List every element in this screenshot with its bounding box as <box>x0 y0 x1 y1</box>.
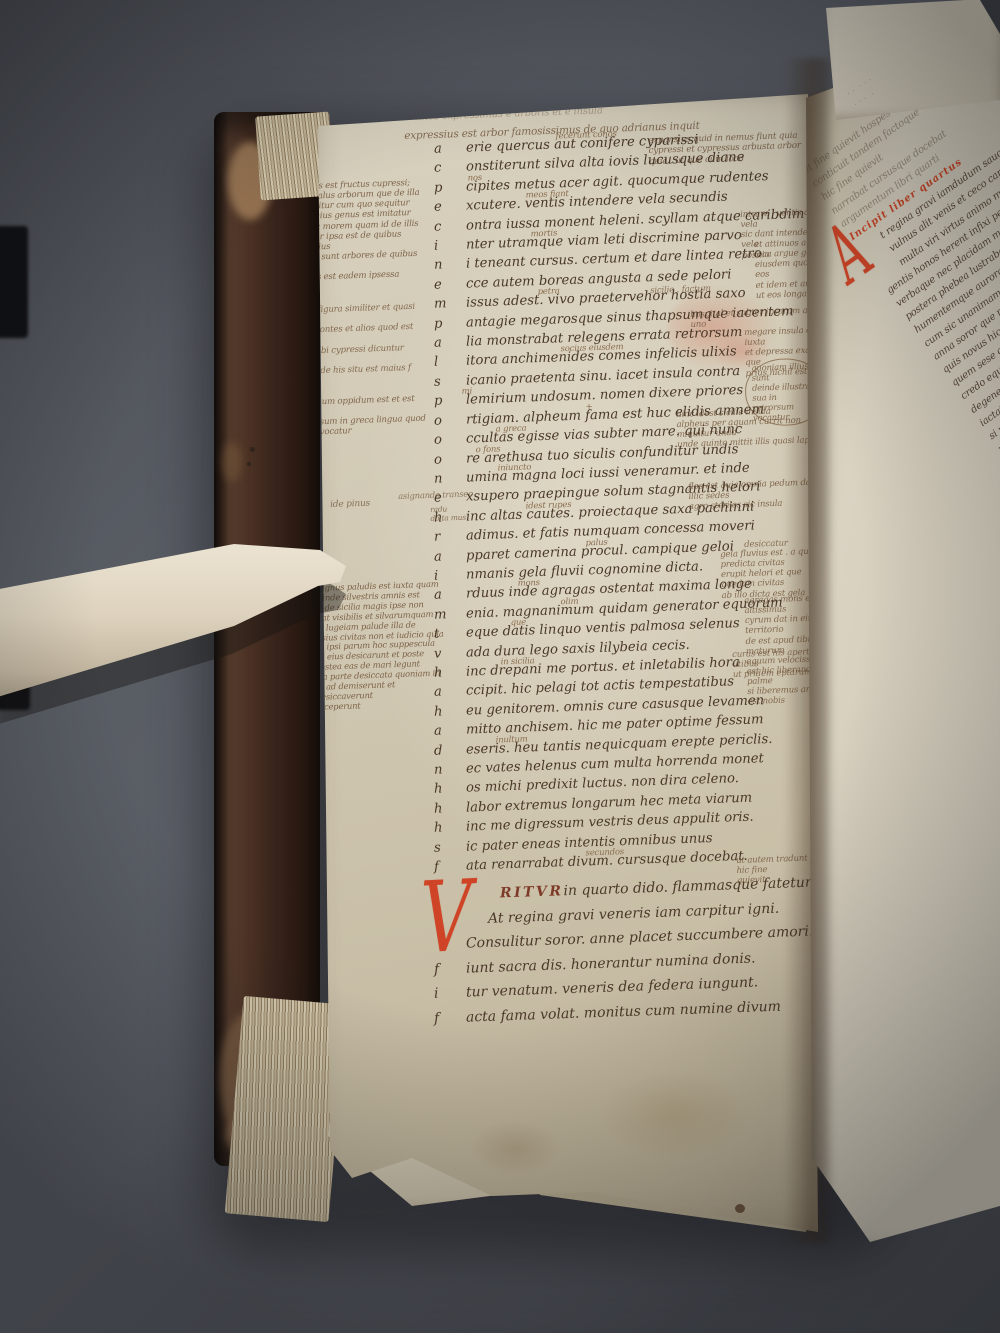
offset-initial-letter: p <box>426 177 467 198</box>
ink-spot <box>735 1204 745 1213</box>
offset-initial-letter: l <box>426 352 467 373</box>
offset-initial-letter: a <box>426 682 467 703</box>
worn-leather-patch <box>222 442 242 482</box>
offset-initial-letter: h <box>426 663 467 684</box>
offset-initial-letter: a <box>426 139 467 160</box>
offset-initial-letter: h <box>426 701 467 722</box>
offset-initial-letter: i <box>426 981 467 1007</box>
interlinear-gloss: in sicilia <box>500 652 535 673</box>
offset-initial-letter: v <box>426 643 467 664</box>
offset-initial-letter: h <box>426 818 467 839</box>
offset-initial-letter: h <box>426 507 467 528</box>
interlinear-gloss: mortis <box>530 224 557 244</box>
offset-initial-letter: a <box>426 333 467 354</box>
offset-initial-letter: f <box>426 1005 467 1031</box>
offset-initial-letter: s <box>426 371 467 392</box>
offset-initial-letter: e <box>426 197 467 218</box>
offset-initial-letter: i <box>426 236 467 257</box>
interlinear-gloss: palus <box>585 533 608 553</box>
interlinear-gloss: socius eiusdem <box>560 339 623 361</box>
gutter-shadow <box>784 58 834 1244</box>
interlinear-gloss: + <box>585 398 593 418</box>
offset-initial-letter: p <box>426 391 467 412</box>
offset-initial-letter: o <box>426 430 467 451</box>
offset-initial-letter: r <box>426 527 467 548</box>
rubricated-capitals: RITVR <box>500 879 564 906</box>
offset-initial-letter <box>448 906 489 932</box>
offset-initial-letter: a <box>426 721 467 742</box>
interlinear-gloss: fecerunt conos <box>555 125 617 147</box>
offset-initial-letter: a <box>426 585 467 606</box>
argumentum-liber-quartus: RITVR in quarto dido. flammasque fatetur… <box>426 884 806 1031</box>
offset-initial-letter: d <box>426 740 467 761</box>
main-verse-text-aeneid-3: aerie quercus aut conifere cyparissifece… <box>426 140 806 877</box>
parchment-stain <box>470 1120 560 1176</box>
interlinear-gloss: petra <box>537 283 560 303</box>
offset-initial-letter: o <box>426 410 467 431</box>
ink-dot <box>247 462 251 466</box>
interlinear-gloss: nos <box>467 169 482 189</box>
offset-initial-letter: f <box>426 956 467 982</box>
offset-initial-letter: n <box>426 469 467 490</box>
interlinear-gloss: idest rupes <box>525 496 571 517</box>
interlinear-gloss: olim <box>560 592 578 612</box>
interlinear-gloss: mi <box>461 383 472 403</box>
offset-initial-letter: o <box>426 449 467 470</box>
interlinear-gloss: iniuncto <box>497 458 531 479</box>
offset-initial-letter: h <box>426 798 467 819</box>
ink-dot <box>250 447 255 452</box>
interlinear-gloss: que <box>510 614 526 634</box>
interlinear-gloss: o fons <box>475 440 500 460</box>
offset-initial-letter <box>426 932 467 958</box>
offset-initial-letter <box>460 881 501 907</box>
offset-initial-letter: s <box>426 837 467 858</box>
offset-initial-letter: e <box>426 488 467 509</box>
left-margin-gloss-pinus: ide pinus <box>330 498 400 511</box>
offset-initial-letter: c <box>426 216 467 237</box>
offset-initial-letter: n <box>426 255 467 276</box>
cradle-clamp-top <box>0 226 28 338</box>
interlinear-gloss: meos fiant <box>525 185 569 206</box>
interlinear-gloss: inultum <box>495 730 528 751</box>
offset-initial-letter: e <box>426 274 467 295</box>
offset-initial-letter: a <box>426 546 467 567</box>
offset-initial-letter: h <box>426 779 467 800</box>
interlinear-gloss: mons <box>517 574 540 594</box>
offset-initial-letter: m <box>426 604 467 625</box>
offset-initial-letter: n <box>426 760 467 781</box>
offset-initial-letter: t <box>426 624 467 645</box>
right-page-recto: et fine quievit hospesconticuit tandem f… <box>806 18 1000 1244</box>
offset-initial-letter: i <box>426 566 467 587</box>
parchment-stain <box>600 1070 750 1160</box>
offset-initial-letter: p <box>426 313 467 334</box>
left-page-verso: mites expressimus e arboris et e insulae… <box>292 92 826 1252</box>
manuscript-photograph: mites expressimus e arboris et e insulae… <box>0 0 1000 1333</box>
offset-initial-letter: c <box>426 158 467 179</box>
interlinear-gloss: a greca <box>495 420 526 440</box>
offset-initial-letter: m <box>426 294 467 315</box>
interlinear-gloss: secundos <box>585 843 624 864</box>
